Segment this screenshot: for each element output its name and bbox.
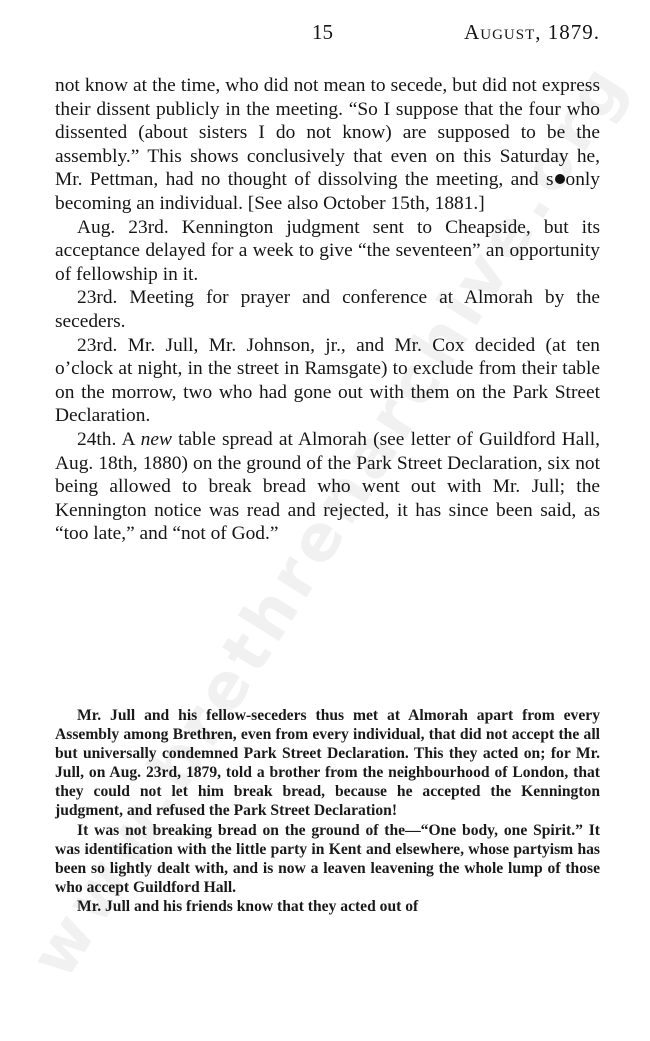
running-head: 15 August, 1879.: [55, 20, 600, 46]
paragraph-23rd-meeting: 23rd. Meeting for prayer and conference …: [55, 286, 600, 333]
paragraph-aug-23-kennington: Aug. 23rd. Kennington judgment sent to C…: [55, 216, 600, 287]
paragraph-24th-new-table: 24th. A new table spread at Almorah (see…: [55, 428, 600, 546]
ink-blot-mark: [555, 174, 565, 184]
note-paragraph: Mr. Jull and his fellow-seceders thus me…: [55, 706, 600, 821]
paragraph-text: not know at the time, who did not mean t…: [55, 75, 600, 190]
paragraph-continuation: not know at the time, who did not mean t…: [55, 74, 600, 216]
commentary-notes: Mr. Jull and his fellow-seceders thus me…: [55, 706, 600, 916]
running-head-date: August, 1879.: [464, 20, 600, 45]
main-text: not know at the time, who did not mean t…: [55, 74, 600, 546]
note-paragraph: It was not breaking bread on the ground …: [55, 821, 600, 897]
paragraph-23rd-jull: 23rd. Mr. Jull, Mr. Johnson, jr., and Mr…: [55, 334, 600, 428]
page-number: 15: [312, 20, 333, 45]
emphasis-new: new: [141, 429, 172, 450]
paragraph-text: 24th. A: [77, 429, 141, 450]
note-paragraph: Mr. Jull and his friends know that they …: [55, 897, 600, 916]
